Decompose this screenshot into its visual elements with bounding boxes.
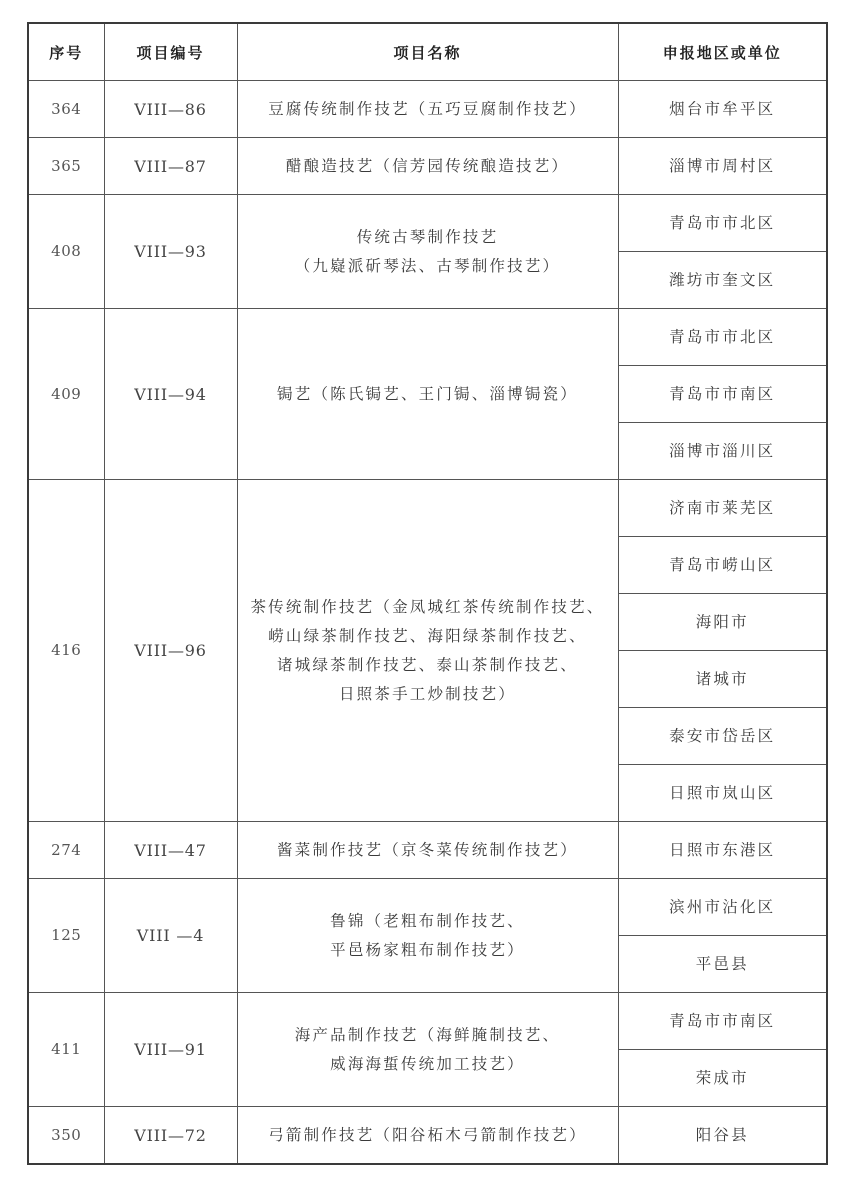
cell-seq: 364 — [28, 81, 104, 138]
cell-project-name: 豆腐传统制作技艺（五巧豆腐制作技艺） — [237, 81, 618, 138]
table-row: 365VIII—87醋酿造技艺（信芳园传统酿造技艺）淄博市周村区 — [28, 138, 827, 195]
table-row: 364VIII—86豆腐传统制作技艺（五巧豆腐制作技艺）烟台市牟平区 — [28, 81, 827, 138]
cell-seq: 125 — [28, 879, 104, 993]
cell-project-name: 酱菜制作技艺（京冬菜传统制作技艺） — [237, 822, 618, 879]
cell-project-code: VIII—91 — [104, 993, 237, 1107]
cell-project-code: VIII—96 — [104, 480, 237, 822]
project-name-line: 平邑杨家粗布制作技艺） — [244, 936, 612, 965]
heritage-project-table: 序号 项目编号 项目名称 申报地区或单位 364VIII—86豆腐传统制作技艺（… — [27, 22, 828, 1165]
project-name-line: 鲁锦（老粗布制作技艺、 — [244, 907, 612, 936]
table-body: 364VIII—86豆腐传统制作技艺（五巧豆腐制作技艺）烟台市牟平区365VII… — [28, 81, 827, 1165]
project-name-line: 崂山绿茶制作技艺、海阳绿茶制作技艺、 — [244, 622, 612, 651]
cell-region: 日照市岚山区 — [618, 765, 827, 822]
cell-region: 淄博市周村区 — [618, 138, 827, 195]
project-name-line: 传统古琴制作技艺 — [244, 223, 612, 252]
project-name-line: 醋酿造技艺（信芳园传统酿造技艺） — [244, 152, 612, 181]
cell-seq: 408 — [28, 195, 104, 309]
table-header-row: 序号 项目编号 项目名称 申报地区或单位 — [28, 23, 827, 81]
cell-project-name: 茶传统制作技艺（金凤城红茶传统制作技艺、崂山绿茶制作技艺、海阳绿茶制作技艺、诸城… — [237, 480, 618, 822]
table-row: 416VIII—96茶传统制作技艺（金凤城红茶传统制作技艺、崂山绿茶制作技艺、海… — [28, 480, 827, 537]
header-name: 项目名称 — [237, 23, 618, 81]
cell-seq: 416 — [28, 480, 104, 822]
header-region: 申报地区或单位 — [618, 23, 827, 81]
cell-region: 阳谷县 — [618, 1107, 827, 1165]
table-row: 125VIII —4鲁锦（老粗布制作技艺、平邑杨家粗布制作技艺）滨州市沾化区 — [28, 879, 827, 936]
cell-region: 青岛市市南区 — [618, 366, 827, 423]
cell-seq: 365 — [28, 138, 104, 195]
cell-region: 济南市莱芜区 — [618, 480, 827, 537]
project-name-line: 酱菜制作技艺（京冬菜传统制作技艺） — [244, 836, 612, 865]
cell-seq: 409 — [28, 309, 104, 480]
cell-region: 平邑县 — [618, 936, 827, 993]
cell-region: 滨州市沾化区 — [618, 879, 827, 936]
table-row: 274VIII—47酱菜制作技艺（京冬菜传统制作技艺）日照市东港区 — [28, 822, 827, 879]
cell-project-code: VIII—72 — [104, 1107, 237, 1165]
cell-seq: 411 — [28, 993, 104, 1107]
cell-region: 青岛市市南区 — [618, 993, 827, 1050]
cell-project-name: 弓箭制作技艺（阳谷柘木弓箭制作技艺） — [237, 1107, 618, 1165]
project-name-line: （九嶷派斫琴法、古琴制作技艺） — [244, 252, 612, 281]
cell-project-name: 传统古琴制作技艺（九嶷派斫琴法、古琴制作技艺） — [237, 195, 618, 309]
cell-region: 诸城市 — [618, 651, 827, 708]
cell-project-code: VIII—87 — [104, 138, 237, 195]
cell-region: 日照市东港区 — [618, 822, 827, 879]
cell-project-code: VIII—93 — [104, 195, 237, 309]
cell-region: 淄博市淄川区 — [618, 423, 827, 480]
cell-region: 荣成市 — [618, 1050, 827, 1107]
cell-region: 青岛市市北区 — [618, 309, 827, 366]
cell-project-code: VIII —4 — [104, 879, 237, 993]
table-row: 411VIII—91海产品制作技艺（海鲜腌制技艺、威海海蜇传统加工技艺）青岛市市… — [28, 993, 827, 1050]
cell-region: 泰安市岱岳区 — [618, 708, 827, 765]
cell-project-code: VIII—94 — [104, 309, 237, 480]
cell-region: 潍坊市奎文区 — [618, 252, 827, 309]
cell-project-name: 鲁锦（老粗布制作技艺、平邑杨家粗布制作技艺） — [237, 879, 618, 993]
project-name-line: 豆腐传统制作技艺（五巧豆腐制作技艺） — [244, 95, 612, 124]
cell-region: 烟台市牟平区 — [618, 81, 827, 138]
header-seq: 序号 — [28, 23, 104, 81]
cell-project-name: 锔艺（陈氏锔艺、王门锔、淄博锔瓷） — [237, 309, 618, 480]
project-name-line: 锔艺（陈氏锔艺、王门锔、淄博锔瓷） — [244, 380, 612, 409]
cell-region: 青岛市市北区 — [618, 195, 827, 252]
project-name-line: 诸城绿茶制作技艺、泰山茶制作技艺、 — [244, 651, 612, 680]
header-code: 项目编号 — [104, 23, 237, 81]
cell-project-code: VIII—86 — [104, 81, 237, 138]
cell-project-name: 醋酿造技艺（信芳园传统酿造技艺） — [237, 138, 618, 195]
project-name-line: 海产品制作技艺（海鲜腌制技艺、 — [244, 1021, 612, 1050]
cell-region: 海阳市 — [618, 594, 827, 651]
table-row: 408VIII—93传统古琴制作技艺（九嶷派斫琴法、古琴制作技艺）青岛市市北区 — [28, 195, 827, 252]
project-name-line: 茶传统制作技艺（金凤城红茶传统制作技艺、 — [244, 593, 612, 622]
table-row: 409VIII—94锔艺（陈氏锔艺、王门锔、淄博锔瓷）青岛市市北区 — [28, 309, 827, 366]
project-name-line: 威海海蜇传统加工技艺） — [244, 1050, 612, 1079]
cell-seq: 350 — [28, 1107, 104, 1165]
project-name-line: 日照茶手工炒制技艺） — [244, 680, 612, 709]
table-row: 350VIII—72弓箭制作技艺（阳谷柘木弓箭制作技艺）阳谷县 — [28, 1107, 827, 1165]
cell-project-name: 海产品制作技艺（海鲜腌制技艺、威海海蜇传统加工技艺） — [237, 993, 618, 1107]
cell-seq: 274 — [28, 822, 104, 879]
project-name-line: 弓箭制作技艺（阳谷柘木弓箭制作技艺） — [244, 1121, 612, 1150]
cell-region: 青岛市崂山区 — [618, 537, 827, 594]
cell-project-code: VIII—47 — [104, 822, 237, 879]
